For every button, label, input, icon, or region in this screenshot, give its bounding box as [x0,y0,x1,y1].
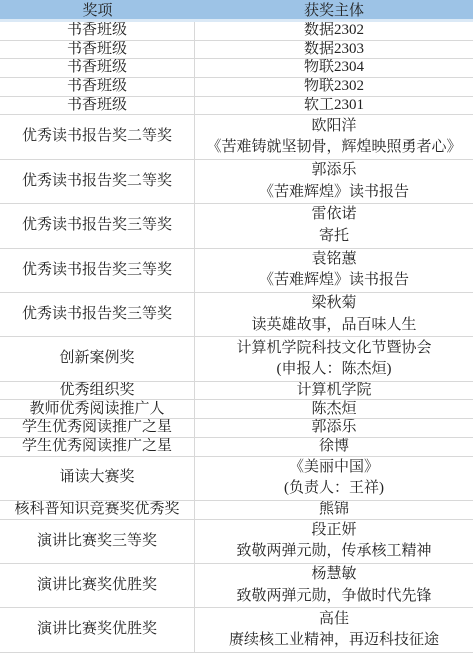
recipient-cell: 郭添乐 [195,419,473,437]
recipient-line: 物联2302 [304,78,364,96]
recipient-cell: 熊锦 [195,501,473,519]
table-row: 优秀读书报告奖二等奖郭添乐《苦难辉煌》读书报告 [0,160,473,204]
recipient-cell: 杨慧敏致敬两弹元勋，争做时代先锋 [195,564,473,607]
recipient-cell: 袁铭蕙《苦难辉煌》读书报告 [195,249,473,292]
recipient-cell: 计算机学院科技文化节暨协会(申报人：陈杰烜) [195,337,473,380]
recipient-line: 寄托 [319,226,349,248]
recipient-line: 《美丽中国》 [289,457,379,479]
award-cell: 优秀读书报告奖二等奖 [0,160,195,203]
award-cell: 演讲比赛奖三等奖 [0,520,195,563]
recipient-line: 高佳 [319,609,349,631]
recipient-line: 雷依诺 [311,204,356,226]
recipient-line: 数据2303 [304,41,364,59]
award-label: 学生优秀阅读推广之星 [22,419,172,437]
recipient-cell: 雷依诺寄托 [195,204,473,247]
recipient-line: 读英雄故事，品百味人生 [251,315,416,337]
recipient-line: 郭添乐 [311,160,356,182]
award-cell: 诵读大赛奖 [0,457,195,500]
table-row: 优秀组织奖计算机学院 [0,382,473,401]
recipient-line: 袁铭蕙 [311,249,356,271]
recipient-line: 熊锦 [319,501,349,519]
award-label: 学生优秀阅读推广之星 [22,438,172,456]
table-row: 优秀读书报告奖三等奖梁秋菊读英雄故事，品百味人生 [0,293,473,337]
award-cell: 书香班级 [0,78,195,96]
recipient-cell: 欧阳洋《苦难铸就坚韧骨，辉煌映照勇者心》 [195,115,473,158]
award-cell: 优秀读书报告奖三等奖 [0,249,195,292]
table-row: 创新案例奖计算机学院科技文化节暨协会(申报人：陈杰烜) [0,337,473,381]
award-label: 书香班级 [67,78,127,96]
award-cell: 演讲比赛奖优胜奖 [0,608,195,651]
award-cell: 核科普知识竞赛奖优秀奖 [0,501,195,519]
award-label: 优秀读书报告奖二等奖 [22,171,172,193]
table-row: 书香班级物联2302 [0,78,473,97]
award-cell: 优秀读书报告奖三等奖 [0,204,195,247]
award-cell: 书香班级 [0,97,195,115]
table-row: 教师优秀阅读推广人陈杰烜 [0,400,473,419]
award-cell: 书香班级 [0,22,195,40]
recipient-line: 徐博 [319,438,349,456]
recipient-line: 欧阳洋 [311,116,356,138]
recipient-line: 梁秋菊 [311,293,356,315]
award-label: 书香班级 [67,97,127,115]
recipient-line: 陈杰烜 [311,401,356,419]
award-cell: 书香班级 [0,59,195,77]
award-cell: 书香班级 [0,41,195,59]
award-label: 书香班级 [67,59,127,77]
award-label: 演讲比赛奖优胜奖 [37,619,157,641]
award-label: 诵读大赛奖 [59,467,134,489]
recipient-cell: 计算机学院 [195,382,473,400]
recipient-line: 《苦难辉煌》读书报告 [259,182,409,204]
recipient-line: 致敬两弹元勋，传承核工精神 [236,541,431,563]
table-row: 优秀读书报告奖二等奖欧阳洋《苦难铸就坚韧骨，辉煌映照勇者心》 [0,115,473,159]
table-header-row: 奖项 获奖主体 [0,0,473,22]
table-row: 演讲比赛奖优胜奖高佳赓续核工业精神，再迈科技征途 [0,608,473,652]
table-row: 书香班级软工2301 [0,97,473,116]
award-label: 核科普知识竞赛奖优秀奖 [14,501,179,519]
recipient-line: 计算机学院 [296,382,371,400]
recipient-line: (申报人：陈杰烜) [277,359,392,381]
table-row: 书香班级数据2302 [0,22,473,41]
column-header-award: 奖项 [0,0,195,19]
award-label: 创新案例奖 [59,348,134,370]
award-label: 教师优秀阅读推广人 [29,401,164,419]
recipient-line: 段正妍 [311,520,356,542]
award-cell: 优秀组织奖 [0,382,195,400]
recipient-cell: 物联2304 [195,59,473,77]
recipient-cell: 高佳赓续核工业精神，再迈科技征途 [195,608,473,651]
recipient-cell: 《美丽中国》(负责人：王祥) [195,457,473,500]
recipient-line: 数据2302 [304,22,364,40]
table-row: 优秀读书报告奖三等奖雷依诺寄托 [0,204,473,248]
recipient-line: 计算机学院科技文化节暨协会 [236,338,431,360]
table-body: 书香班级数据2302书香班级数据2303书香班级物联2304书香班级物联2302… [0,22,473,653]
award-cell: 优秀读书报告奖二等奖 [0,115,195,158]
award-cell: 学生优秀阅读推广之星 [0,419,195,437]
award-cell: 优秀读书报告奖三等奖 [0,293,195,336]
award-label: 优秀读书报告奖三等奖 [22,215,172,237]
recipient-line: 物联2304 [304,59,364,77]
award-label: 优秀组织奖 [59,382,134,400]
table-row: 书香班级物联2304 [0,59,473,78]
recipient-cell: 梁秋菊读英雄故事，品百味人生 [195,293,473,336]
table-row: 诵读大赛奖《美丽中国》(负责人：王祥) [0,457,473,501]
table-row: 演讲比赛奖优胜奖杨慧敏致敬两弹元勋，争做时代先锋 [0,564,473,608]
table-row: 学生优秀阅读推广之星徐博 [0,438,473,457]
recipient-line: 杨慧敏 [311,564,356,586]
recipient-cell: 徐博 [195,438,473,456]
award-cell: 学生优秀阅读推广之星 [0,438,195,456]
recipient-cell: 郭添乐《苦难辉煌》读书报告 [195,160,473,203]
column-header-recipient: 获奖主体 [195,0,473,19]
recipient-line: 致敬两弹元勋，争做时代先锋 [236,586,431,608]
table-row: 书香班级数据2303 [0,41,473,60]
recipient-line: 《苦难铸就坚韧骨，辉煌映照勇者心》 [206,137,461,159]
award-cell: 创新案例奖 [0,337,195,380]
recipient-line: (负责人：王祥) [284,478,384,500]
award-label: 演讲比赛奖优胜奖 [37,575,157,597]
recipient-line: 赓续核工业精神，再迈科技征途 [229,630,439,652]
table-row: 学生优秀阅读推广之星郭添乐 [0,419,473,438]
table-row: 演讲比赛奖三等奖段正妍致敬两弹元勋，传承核工精神 [0,520,473,564]
recipient-line: 郭添乐 [311,419,356,437]
award-cell: 教师优秀阅读推广人 [0,400,195,418]
award-label: 优秀读书报告奖三等奖 [22,260,172,282]
recipient-cell: 段正妍致敬两弹元勋，传承核工精神 [195,520,473,563]
award-label: 优秀读书报告奖二等奖 [22,126,172,148]
table-row: 核科普知识竞赛奖优秀奖熊锦 [0,501,473,520]
awards-table: 奖项 获奖主体 书香班级数据2302书香班级数据2303书香班级物联2304书香… [0,0,473,653]
recipient-cell: 数据2303 [195,41,473,59]
award-label: 优秀读书报告奖三等奖 [22,304,172,326]
award-label: 书香班级 [67,22,127,40]
recipient-cell: 物联2302 [195,78,473,96]
award-label: 书香班级 [67,41,127,59]
recipient-cell: 陈杰烜 [195,400,473,418]
table-row: 优秀读书报告奖三等奖袁铭蕙《苦难辉煌》读书报告 [0,249,473,293]
recipient-line: 《苦难辉煌》读书报告 [259,270,409,292]
recipient-cell: 数据2302 [195,22,473,40]
recipient-cell: 软工2301 [195,97,473,115]
recipient-line: 软工2301 [304,97,364,115]
award-label: 演讲比赛奖三等奖 [37,531,157,553]
award-cell: 演讲比赛奖优胜奖 [0,564,195,607]
